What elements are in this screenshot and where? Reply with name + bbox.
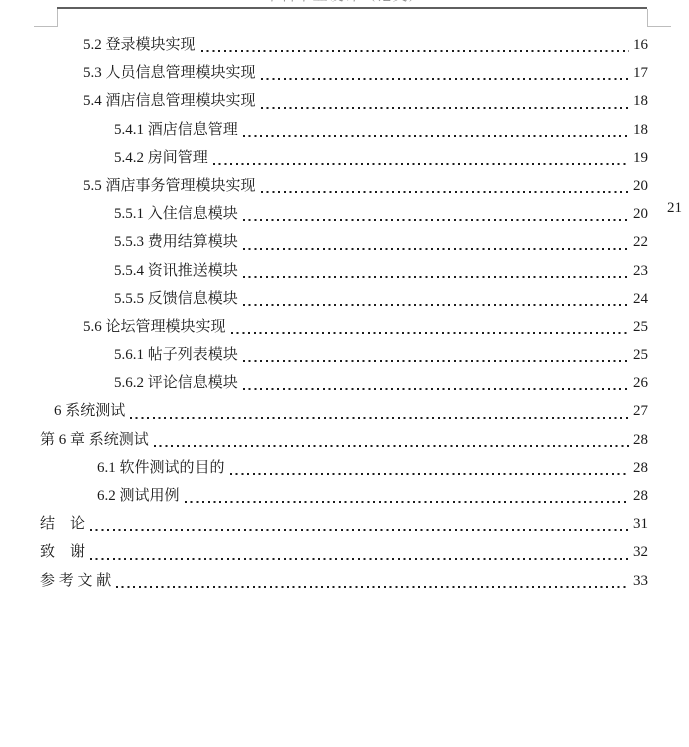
toc-entry[interactable]: 6.1 软件测试的目的 28 bbox=[0, 454, 648, 482]
toc-entry[interactable]: 6 系统测试 27 bbox=[0, 397, 648, 425]
dot-leader bbox=[242, 228, 630, 256]
toc-entry-page: 20 bbox=[633, 200, 648, 228]
dot-leader bbox=[260, 172, 630, 200]
toc-entry[interactable]: 5.4 酒店信息管理模块实现 18 bbox=[0, 87, 648, 115]
toc-entry-page: 28 bbox=[633, 482, 648, 510]
toc-entry-title: 5.6.2 评论信息模块 bbox=[114, 369, 238, 397]
toc-entry[interactable]: 5.6 论坛管理模块实现 25 bbox=[0, 313, 648, 341]
margin-corner-mark-right bbox=[648, 26, 671, 27]
toc-entry[interactable]: 结 论 31 bbox=[0, 510, 648, 538]
dot-leader bbox=[129, 397, 630, 425]
margin-corner-mark-right bbox=[647, 9, 648, 27]
dot-leader bbox=[200, 31, 630, 59]
toc-entry-title: 致 谢 bbox=[40, 538, 85, 566]
dot-leader bbox=[242, 285, 630, 313]
toc-entry-title: 6.2 测试用例 bbox=[97, 482, 180, 510]
toc-entry[interactable]: 5.3 人员信息管理模块实现 17 bbox=[0, 59, 648, 87]
toc-entry[interactable]: 参 考 文 献 33 bbox=[0, 567, 648, 595]
toc-entry-page: 16 bbox=[633, 31, 648, 59]
toc-entry-title: 5.4.1 酒店信息管理 bbox=[114, 116, 238, 144]
toc-entry-page: 28 bbox=[633, 426, 648, 454]
margin-corner-mark-left bbox=[57, 9, 58, 27]
toc-entry[interactable]: 5.4.2 房间管理 19 bbox=[0, 144, 648, 172]
toc-entry-title: 5.2 登录模块实现 bbox=[83, 31, 196, 59]
dot-leader bbox=[242, 116, 630, 144]
page-header-title: 本科毕业设计（论文） bbox=[0, 0, 689, 4]
dot-leader bbox=[242, 257, 630, 285]
toc-entry-title: 5.4.2 房间管理 bbox=[114, 144, 208, 172]
toc-entry-title: 5.5.5 反馈信息模块 bbox=[114, 285, 238, 313]
toc-entry-title: 5.3 人员信息管理模块实现 bbox=[83, 59, 256, 87]
toc-entry-title: 结 论 bbox=[40, 510, 85, 538]
toc-entry-title: 5.5.1 入住信息模块 bbox=[114, 200, 238, 228]
toc-entry-page: 17 bbox=[633, 59, 648, 87]
toc-entry-title: 5.4 酒店信息管理模块实现 bbox=[83, 87, 256, 115]
toc-entry-page: 25 bbox=[633, 341, 648, 369]
margin-corner-mark-left bbox=[34, 26, 57, 27]
dot-leader bbox=[260, 59, 630, 87]
toc-entry-page: 19 bbox=[633, 144, 648, 172]
toc-entry-title: 第 6 章 系统测试 bbox=[40, 426, 149, 454]
toc-entry-page: 28 bbox=[633, 454, 648, 482]
toc-entry-page: 25 bbox=[633, 313, 648, 341]
header-rule-line bbox=[57, 7, 647, 9]
toc-entry-page: 24 bbox=[633, 285, 648, 313]
toc-entry-page: 27 bbox=[633, 397, 648, 425]
dot-leader bbox=[89, 510, 630, 538]
toc-entry-title: 5.5 酒店事务管理模块实现 bbox=[83, 172, 256, 200]
toc-entry-page: 18 bbox=[633, 116, 648, 144]
toc-entry[interactable]: 5.2 登录模块实现 16 bbox=[0, 31, 648, 59]
toc-entry-title: 5.6.1 帖子列表模块 bbox=[114, 341, 238, 369]
toc-entry-title: 5.5.4 资讯推送模块 bbox=[114, 257, 238, 285]
dot-leader bbox=[230, 313, 630, 341]
dot-leader bbox=[89, 538, 630, 566]
toc-entry-title: 6.1 软件测试的目的 bbox=[97, 454, 225, 482]
toc-entry[interactable]: 5.5.1 入住信息模块 20 bbox=[0, 200, 648, 228]
toc-entry-title: 5.6 论坛管理模块实现 bbox=[83, 313, 226, 341]
dot-leader bbox=[260, 87, 630, 115]
toc-entry-page: 26 bbox=[633, 369, 648, 397]
toc-entry-page: 32 bbox=[633, 538, 648, 566]
dot-leader bbox=[153, 426, 630, 454]
toc-entry[interactable]: 5.5.5 反馈信息模块 24 bbox=[0, 285, 648, 313]
toc-entry[interactable]: 5.6.1 帖子列表模块 25 bbox=[0, 341, 648, 369]
dot-leader bbox=[115, 567, 630, 595]
margin-page-note: 21 bbox=[667, 200, 682, 216]
toc-entry[interactable]: 5.5.4 资讯推送模块 23 bbox=[0, 257, 648, 285]
dot-leader bbox=[184, 482, 630, 510]
toc-entry-page: 22 bbox=[633, 228, 648, 256]
toc-entry[interactable]: 6.2 测试用例 28 bbox=[0, 482, 648, 510]
toc-entry-title: 6 系统测试 bbox=[54, 397, 125, 425]
table-of-contents: 5.2 登录模块实现 16 5.3 人员信息管理模块实现 17 5.4 酒店信息… bbox=[0, 31, 648, 595]
toc-entry-title: 参 考 文 献 bbox=[40, 567, 111, 595]
toc-entry-title: 5.5.3 费用结算模块 bbox=[114, 228, 238, 256]
dot-leader bbox=[242, 341, 630, 369]
dot-leader bbox=[242, 200, 630, 228]
toc-entry-page: 20 bbox=[633, 172, 648, 200]
toc-entry[interactable]: 第 6 章 系统测试 28 bbox=[0, 426, 648, 454]
dot-leader bbox=[242, 369, 630, 397]
toc-entry[interactable]: 致 谢 32 bbox=[0, 538, 648, 566]
toc-entry[interactable]: 5.5.3 费用结算模块 22 bbox=[0, 228, 648, 256]
toc-entry-page: 23 bbox=[633, 257, 648, 285]
toc-entry-page: 31 bbox=[633, 510, 648, 538]
toc-entry[interactable]: 5.5 酒店事务管理模块实现 20 bbox=[0, 172, 648, 200]
toc-entry[interactable]: 5.4.1 酒店信息管理 18 bbox=[0, 116, 648, 144]
dot-leader bbox=[229, 454, 630, 482]
toc-entry-page: 33 bbox=[633, 567, 648, 595]
toc-entry-page: 18 bbox=[633, 87, 648, 115]
toc-entry[interactable]: 5.6.2 评论信息模块 26 bbox=[0, 369, 648, 397]
dot-leader bbox=[212, 144, 630, 172]
